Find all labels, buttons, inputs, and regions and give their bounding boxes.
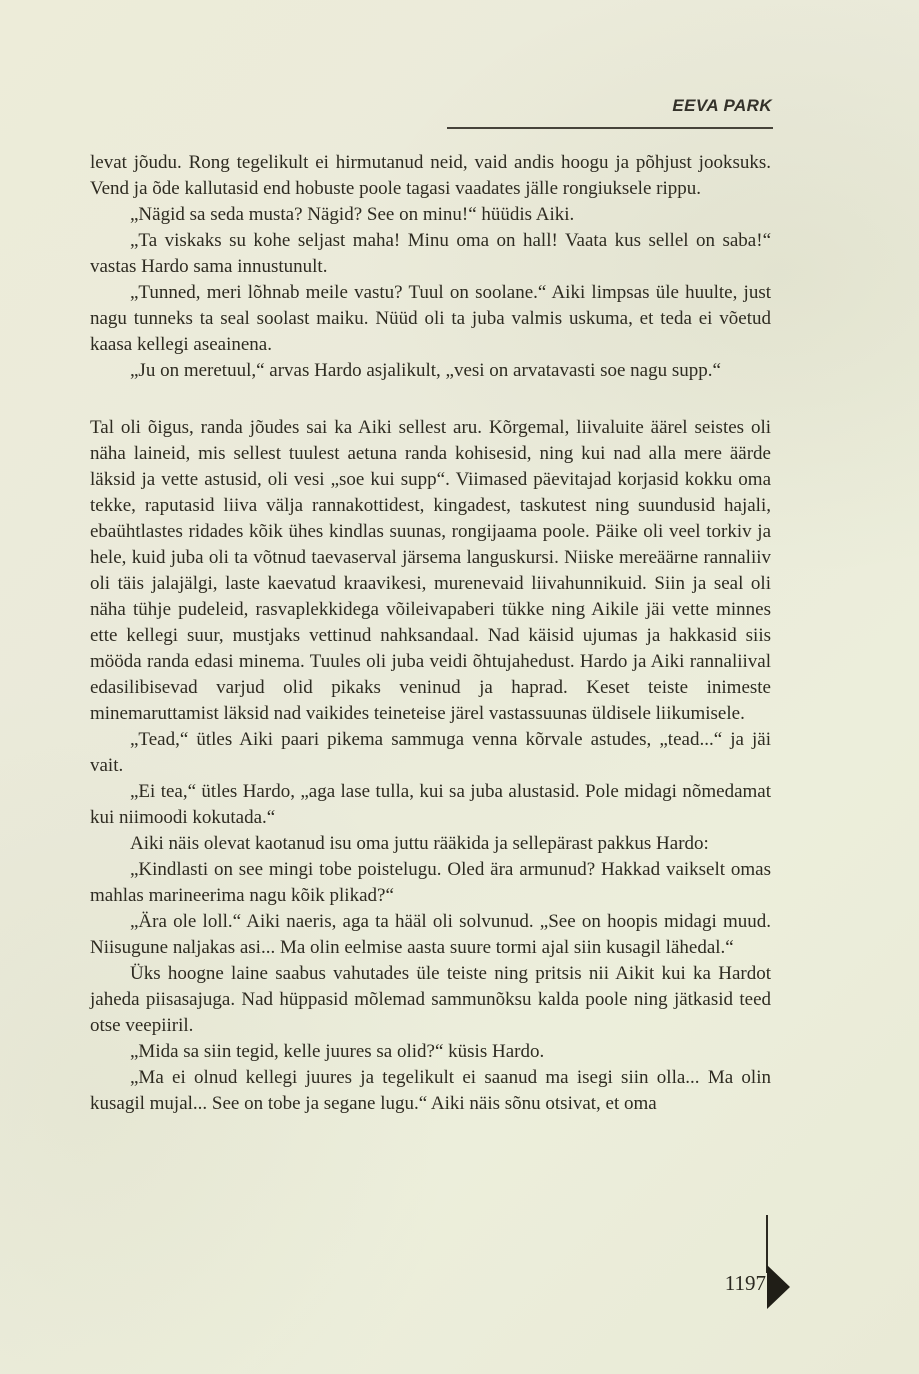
page-header-author: EEVA PARK bbox=[0, 96, 772, 116]
body-text: levat jõudu. Rong tegelikult ei hirmutan… bbox=[90, 150, 771, 1117]
book-page: EEVA PARK levat jõudu. Rong tegelikult e… bbox=[0, 0, 919, 1374]
paragraph: „Kindlasti on see mingi tobe poistelugu.… bbox=[90, 857, 771, 909]
paragraph: „Tunned, meri lõhnab meile vastu? Tuul o… bbox=[90, 280, 771, 358]
paragraph: „Nägid sa seda musta? Nägid? See on minu… bbox=[90, 202, 771, 228]
paragraph: Tal oli õigus, randa jõudes sai ka Aiki … bbox=[90, 415, 771, 727]
paragraph: Aiki näis olevat kaotanud isu oma juttu … bbox=[90, 831, 771, 857]
paragraph: levat jõudu. Rong tegelikult ei hirmutan… bbox=[90, 150, 771, 202]
paragraph: „Ära ole loll.“ Aiki naeris, aga ta hääl… bbox=[90, 909, 771, 961]
page-number: 1197 bbox=[690, 1271, 766, 1296]
paragraph: Üks hoogne laine saabus vahutades üle te… bbox=[90, 961, 771, 1039]
paragraph: „Mida sa siin tegid, kelle juures sa oli… bbox=[90, 1039, 771, 1065]
paragraph: „Ta viskaks su kohe seljast maha! Minu o… bbox=[90, 228, 771, 280]
paragraph: „Tead,“ ütles Aiki paari pikema sammuga … bbox=[90, 727, 771, 779]
paragraph: „Ma ei olnud kellegi juures ja tegelikul… bbox=[90, 1065, 771, 1117]
paragraph: „Ju on meretuul,“ arvas Hardo asjalikult… bbox=[90, 358, 771, 384]
right-triangle-icon bbox=[767, 1265, 790, 1309]
header-rule bbox=[447, 127, 773, 129]
paragraph: „Ei tea,“ ütles Hardo, „aga lase tulla, … bbox=[90, 779, 771, 831]
